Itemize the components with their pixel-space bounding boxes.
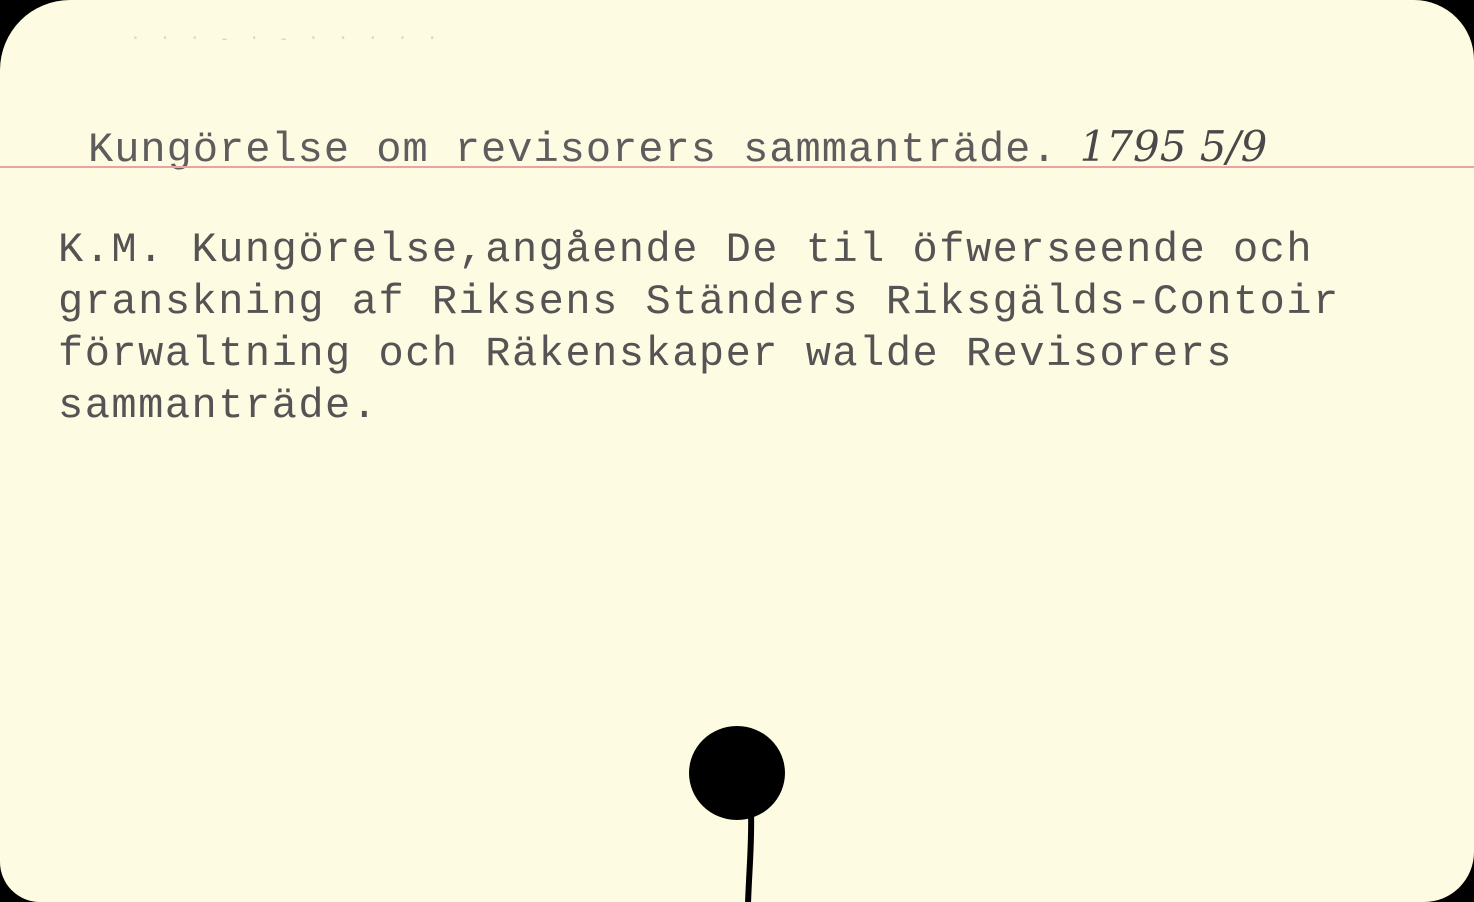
faint-header-text: · · · - · - · · · · · — [130, 28, 442, 49]
body-line: granskning af Riksens Ständers Riksgälds… — [58, 276, 1340, 328]
card-string — [745, 812, 757, 902]
body-line: sammanträde. — [58, 380, 1340, 432]
red-rule-line — [0, 166, 1474, 168]
handwritten-date: 1795 5/9 — [1080, 122, 1268, 171]
body-line: förwaltning och Räkenskaper walde Reviso… — [58, 328, 1340, 380]
punch-hole — [689, 726, 785, 820]
body-line: K.M. Kungörelse,angående De til öfwersee… — [58, 224, 1340, 276]
catalog-card: · · · - · - · · · · · Kungörelse om revi… — [0, 0, 1474, 902]
card-body: K.M. Kungörelse,angående De til öfwersee… — [58, 224, 1340, 432]
